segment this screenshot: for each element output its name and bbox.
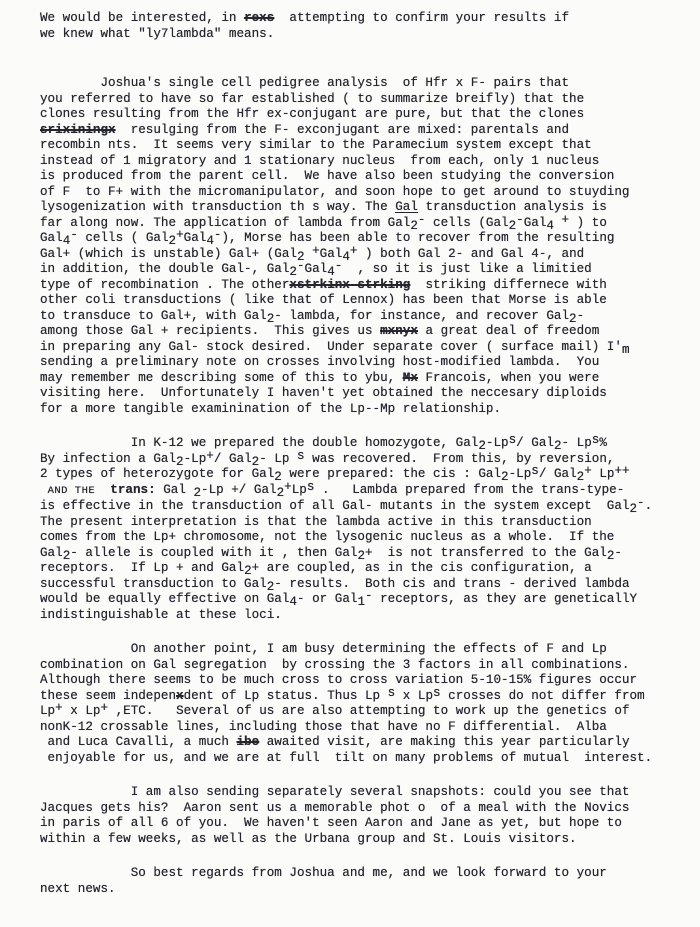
text-segment-sup: s [433,686,441,700]
letter-line: In K-12 we prepared the double homozygot… [40,436,682,452]
letter-line: Lp+ x Lp+ ,ETC. Several of us are also a… [40,704,682,720]
text-segment-sub: 2 [244,564,252,578]
letter-line: So best regards from Joshua and me, and … [40,866,682,882]
letter-line: recombin nts. It seems very similar to t… [40,138,682,154]
letter-line: and Luca Cavalli, a much ibe awaited vis… [40,735,682,751]
text-segment-sup: - [335,259,343,273]
letter-line: clones resulting from the Hfr ex-conjuga… [40,107,682,123]
letter-line: in addition, the double Gal-, Gal2-Gal4-… [40,262,682,278]
letter-line: receptors. If Lp + and Gal2+ are coupled… [40,561,682,577]
text-segment-sup: + [284,480,292,494]
text-segment-sup: - [297,259,305,273]
text-segment-sub: 2 [267,580,275,594]
letter-line: Gal+ (which is unstable) Gal+ (Gal2 +Gal… [40,247,682,263]
text-segment-sub: 2 [569,312,577,326]
letter-page: We would be interested, in rexs attempti… [0,0,700,927]
text-segment-strike: rexs [244,11,274,25]
text-segment-sub: 2 [357,549,365,563]
letter-line: far along now. The application of lambda… [40,216,682,232]
text-segment-strike: Mx [403,371,418,385]
letter-line: srixiningx resulging from the F- exconju… [40,123,682,139]
text-segment-sup: + [176,228,184,242]
text-segment-sup: + [312,244,320,258]
text-segment-b: trans: [110,483,155,497]
letter-line: 2 types of heterozygote for Gal2 were pr… [40,467,682,483]
letter-line: indistinguishable at these loci. [40,608,682,624]
letter-line: enjoyable for us, and we are at full til… [40,751,682,767]
text-segment-sub: 1 [357,595,365,609]
letter-line: visiting here. Unfortunately I haven't y… [40,386,682,402]
letter-line: of F to F+ with the micromanipulator, an… [40,185,682,201]
text-segment-sub: 2 [554,439,562,453]
letter-line: in paris of all 6 of you. We haven't see… [40,816,682,832]
letter-line: you referred to have so far established … [40,92,682,108]
letter-line: nonK-12 crossable lines, including those… [40,720,682,736]
text-segment-sub: 2 [63,549,71,563]
text-segment-sub: 4 [546,219,554,233]
text-segment-sub: 2 [629,502,637,516]
letter-line: Gal2- allele is coupled with it , then G… [40,546,682,562]
text-segment-sup: s [509,433,517,447]
text-segment-sub: 2 [478,439,486,453]
text-segment-sup: ++ [614,464,629,478]
text-segment-u: Gal [395,200,418,214]
text-segment-strike: ibe [237,735,260,749]
text-segment-sub: 2 [169,234,177,248]
letter-line: The present interpretation is that the l… [40,515,682,531]
paragraph: Joshua's single cell pedigree analysis o… [40,76,682,417]
text-segment-sub: 2 [176,455,184,469]
text-segment-small: AND THE [48,485,96,497]
text-segment-sub: 2 [274,470,282,484]
text-segment-sup: + [100,701,108,715]
letter-line: Gal4- cells ( Gal2+Gal4-), Morse has bee… [40,231,682,247]
text-segment-sup: s [307,480,315,494]
text-segment-sup: - [365,589,373,603]
text-segment-sub: m [622,343,630,357]
text-segment-sup: + [206,449,214,463]
letter-line: type of recombination . The otherxstrkin… [40,278,682,294]
text-segment-sub: 2 [607,549,615,563]
letter-line: Joshua's single cell pedigree analysis o… [40,76,682,92]
text-segment-sup: - [637,496,645,510]
text-segment-sup: s [388,686,396,700]
text-segment-sup: s [531,464,539,478]
letter-line: is effective in the transduction of all … [40,499,682,515]
letter-line: is produced from the parent cell. We hav… [40,169,682,185]
text-segment-strike: x [176,689,184,703]
text-segment-sub: 2 [267,312,275,326]
letter-line: among those Gal + recipients. This gives… [40,324,682,340]
text-segment-sup: + [55,701,63,715]
letter-line: combination on Gal segregation by crossi… [40,658,682,674]
letter-line: next news. [40,882,682,898]
letter-line: successful transduction to Gal2- results… [40,577,682,593]
letter-line: comes from the Lp+ chromosome, not the l… [40,530,682,546]
letter-line: would be equally effective on Gal4- or G… [40,592,682,608]
letter-line: instead of 1 migratory and 1 stationary … [40,154,682,170]
text-segment-sub: 2 [193,486,201,500]
text-segment-sub: 2 [252,455,260,469]
paragraph: So best regards from Joshua and me, and … [40,866,682,897]
text-segment-sup: + [584,464,592,478]
text-segment-sub: 2 [289,265,297,279]
text-segment-sub: 4 [327,265,335,279]
text-segment-sup: - [516,213,524,227]
paragraph: We would be interested, in rexs attempti… [40,11,682,42]
text-segment-sub: 2 [501,470,509,484]
letter-line: to transduce to Gal+, with Gal2- lambda,… [40,309,682,325]
text-segment-strike: xstrkinx strking [289,278,410,292]
letter-line: I am also sending separately several sna… [40,785,682,801]
text-segment-sub: 2 [410,219,418,233]
letter-line: Although there seems to be much cross to… [40,673,682,689]
text-segment-sup: - [418,213,426,227]
letter-line: On another point, I am busy determining … [40,642,682,658]
text-segment-sub: 4 [206,234,214,248]
letter-line: for a more tangible examinination of the… [40,402,682,418]
text-segment-strike: srixiningx [40,123,116,137]
letter-line: We would be interested, in rexs attempti… [40,11,682,27]
letter-line: Jacques gets his? Aaron sent us a memora… [40,801,682,817]
text-segment-sup: + [562,213,570,227]
letter-line: AND THE trans: Gal 2-Lp +/ Gal2+Lps . La… [40,483,682,500]
letter-line: other coli transductions ( like that of … [40,293,682,309]
text-segment-sub: 4 [289,595,297,609]
letter-line: in preparing any Gal- stock desired. Und… [40,340,682,356]
paragraph: On another point, I am busy determining … [40,642,682,766]
letter-line: may remember me describing some of this … [40,371,682,387]
letter-line: we knew what "ly7lambda" means. [40,27,682,43]
letter-body: We would be interested, in rexs attempti… [40,11,682,897]
paragraph: I am also sending separately several sna… [40,785,682,847]
text-segment-sup: + [350,244,358,258]
text-segment-strike: mxnyx [380,324,418,338]
text-segment-sup: - [70,228,78,242]
letter-line: lysogenization with transduction th s wa… [40,200,682,216]
paragraph: In K-12 we prepared the double homozygot… [40,436,682,623]
text-segment-sup: s [297,449,305,463]
text-segment-sup: - [214,228,222,242]
letter-line: sending a preliminary note on crosses in… [40,355,682,371]
letter-line: within a few weeks, as well as the Urban… [40,832,682,848]
text-segment-sup: s [592,433,600,447]
letter-line: these seem indepenxdent of Lp status. Th… [40,689,682,705]
text-segment-sub: 4 [342,250,350,264]
